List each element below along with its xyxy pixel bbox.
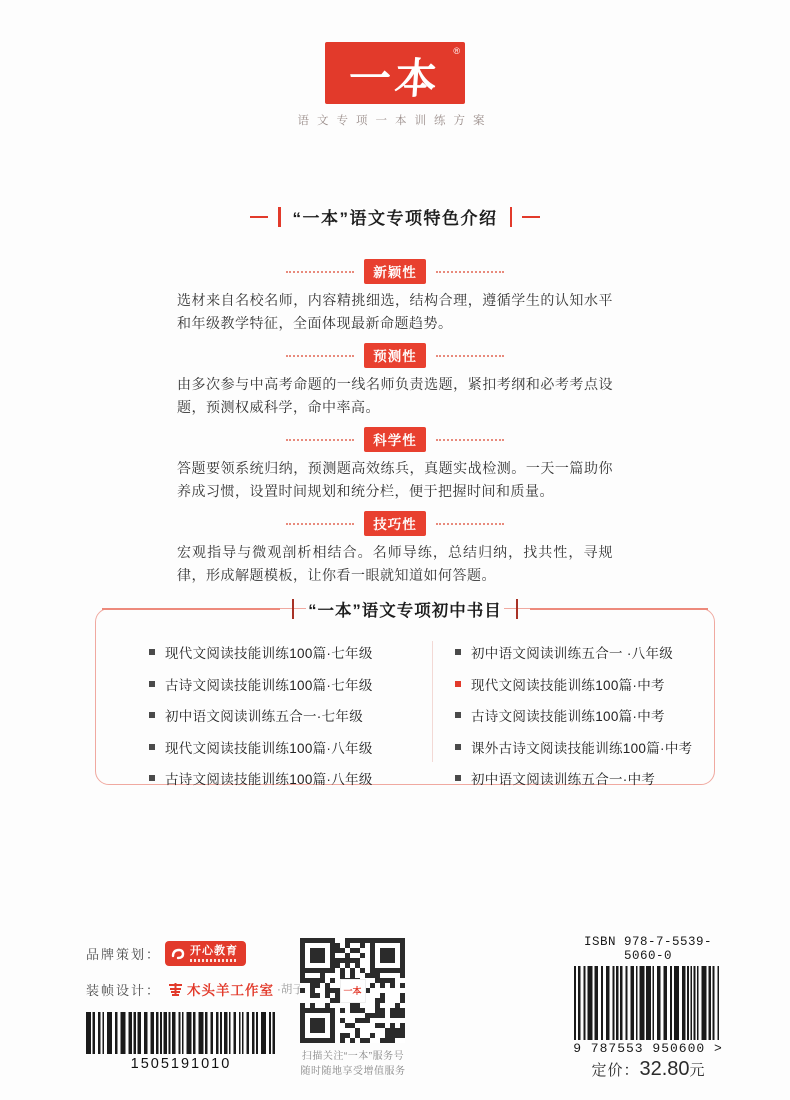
- isbn-number: ISBN 978-7-5539-5060-0: [570, 935, 726, 963]
- feature-description: 答题要领系统归纳，预测题高效练兵，真题实战检测。一天一篇助你养成习惯，设置时间规…: [177, 457, 613, 503]
- dotted-line-right: [436, 271, 504, 273]
- ean-barcode-number: 9 787553 950600 >: [570, 1041, 726, 1056]
- booklist-item: 古诗文阅读技能训练100篇·中考: [455, 705, 714, 725]
- price-label: 定价：: [591, 1062, 639, 1079]
- booklist-item: 初中语文阅读训练五合一·七年级: [149, 705, 405, 725]
- booklist-item-label: 初中语文阅读训练五合一 ·八年级: [471, 642, 673, 662]
- booklist-item: 课外古诗文阅读技能训练100篇·中考: [455, 737, 714, 757]
- feature-badge: 技巧性: [364, 511, 426, 536]
- cover-design-row: 装帧设计： 木头羊工作室 ·胡子: [86, 979, 304, 999]
- square-bullet-icon: [149, 775, 155, 781]
- feature-list: 新颖性选材来自名校名师，内容精挑细选，结构合理，遵循学生的认知水平和年级教学特征…: [0, 259, 790, 587]
- feature-description: 由多次参与中高考命题的一线名师负责选题，紧扣考纲和必考考点设题，预测权威科学，命…: [177, 373, 613, 419]
- features-section-title: “一本”语文专项特色介绍: [293, 204, 498, 229]
- isbn-block: ISBN 978-7-5539-5060-0 9 787553 950600 >: [570, 935, 726, 1056]
- booklist-item-label: 初中语文阅读训练五合一·中考: [471, 768, 655, 788]
- product-barcode-number: 1505191010: [86, 1056, 276, 1072]
- booklist-item: 古诗文阅读技能训练100篇·七年级: [149, 674, 405, 694]
- qr-caption-line1: 扫描关注“一本”服务号: [273, 1049, 433, 1064]
- title-bar-right: [510, 207, 513, 227]
- price-row: 定价：32.80元: [570, 1058, 726, 1081]
- booklist-item-label: 现代文阅读技能训练100篇·七年级: [165, 642, 373, 662]
- title-dash-right: [522, 216, 540, 218]
- ean-barcode-wrap: [570, 966, 726, 1040]
- feature-description: 选材来自名校名师，内容精挑细选，结构合理，遵循学生的认知水平和年级教学特征，全面…: [177, 289, 613, 335]
- qr-center-logo-text: 一本: [343, 984, 361, 997]
- ean-barcode: [574, 966, 722, 1040]
- booklist-item: 现代文阅读技能训练100篇·七年级: [149, 642, 405, 662]
- brand-tagline: 语文专项一本训练方案: [0, 112, 790, 128]
- book-back-cover: 一本 ® 语文专项一本训练方案 “一本”语文专项特色介绍 新颖性选材来自名校名师…: [0, 0, 790, 1100]
- booklist-bar-left: [292, 599, 295, 619]
- feature-badge: 新颖性: [364, 259, 426, 284]
- qr-caption-line2: 随时随地享受增值服务: [273, 1064, 433, 1079]
- booklist-item: 初中语文阅读训练五合一 ·八年级: [455, 642, 714, 662]
- booklist-line-left: [102, 608, 280, 610]
- feature-block: 科学性答题要领系统归纳，预测题高效练兵，真题实战检测。一天一篇助你养成习惯，设置…: [0, 427, 790, 503]
- kaixin-sub-text: [190, 959, 238, 962]
- design-studio-name: 木头羊工作室: [187, 979, 274, 999]
- sheep-logo-icon: [167, 982, 184, 997]
- square-bullet-icon: [455, 744, 461, 750]
- qr-caption: 扫描关注“一本”服务号 随时随地享受增值服务: [273, 1049, 433, 1079]
- cover-design-label: 装帧设计：: [86, 980, 161, 999]
- dotted-line-left: [286, 355, 354, 357]
- booklist-box: “一本”语文专项初中书目 现代文阅读技能训练100篇·七年级古诗文阅读技能训练1…: [95, 608, 715, 785]
- price-unit: 元: [690, 1062, 705, 1079]
- dotted-line-right: [436, 355, 504, 357]
- title-dash-left: [250, 216, 268, 218]
- feature-block: 技巧性宏观指导与微观剖析相结合。名师导练，总结归纳，找共性，寻规律，形成解题模板…: [0, 511, 790, 587]
- title-bar-left: [278, 207, 281, 227]
- booklist-bar-right: [516, 599, 519, 619]
- brand-planning-row: 品牌策划： 开心教育: [86, 941, 246, 966]
- product-barcode: [86, 1012, 276, 1054]
- booklist-item-label: 现代文阅读技能训练100篇·中考: [471, 674, 665, 694]
- square-bullet-icon: [149, 744, 155, 750]
- features-title-row: “一本”语文专项特色介绍: [0, 204, 790, 229]
- dotted-line-left: [286, 439, 354, 441]
- booklist-item-label: 初中语文阅读训练五合一·七年级: [165, 705, 363, 725]
- qr-center-logo: 一本: [340, 979, 366, 1003]
- booklist-item: 现代文阅读技能训练100篇·八年级: [149, 737, 405, 757]
- feature-block: 预测性由多次参与中高考命题的一线名师负责选题，紧扣考纲和必考考点设题，预测权威科…: [0, 343, 790, 419]
- kaixin-swirl-icon: [171, 947, 185, 961]
- square-bullet-icon: [149, 712, 155, 718]
- brand-logo-block: 一本 ®: [0, 42, 790, 109]
- brand-planning-label: 品牌策划：: [86, 944, 161, 963]
- feature-badge-row: 技巧性: [0, 511, 790, 536]
- booklist-item-label: 课外古诗文阅读技能训练100篇·中考: [471, 737, 692, 757]
- booklist-item-label: 古诗文阅读技能训练100篇·中考: [471, 705, 665, 725]
- qr-code: 一本: [300, 938, 405, 1043]
- square-bullet-icon: [455, 775, 461, 781]
- booklist-section-title: “一本”语文专项初中书目: [306, 597, 504, 621]
- kaixin-education-logo: 开心教育: [165, 941, 246, 966]
- booklist-right-column: 初中语文阅读训练五合一 ·八年级现代文阅读技能训练100篇·中考古诗文阅读技能训…: [405, 642, 714, 800]
- booklist-item-label: 古诗文阅读技能训练100篇·八年级: [165, 768, 373, 788]
- dotted-line-right: [436, 439, 504, 441]
- kaixin-education-label: 开心教育: [190, 945, 238, 957]
- booklist-columns: 现代文阅读技能训练100篇·七年级古诗文阅读技能训练100篇·七年级初中语文阅读…: [96, 609, 714, 800]
- square-bullet-icon: [149, 649, 155, 655]
- booklist-title-row: “一本”语文专项初中书目: [102, 597, 708, 621]
- booklist-left-column: 现代文阅读技能训练100篇·七年级古诗文阅读技能训练100篇·七年级初中语文阅读…: [96, 642, 405, 800]
- booklist-item-label: 现代文阅读技能训练100篇·八年级: [165, 737, 373, 757]
- feature-badge-row: 新颖性: [0, 259, 790, 284]
- feature-badge: 科学性: [364, 427, 426, 452]
- feature-badge-row: 预测性: [0, 343, 790, 368]
- square-bullet-icon: [455, 712, 461, 718]
- square-bullet-icon: [455, 649, 461, 655]
- feature-description: 宏观指导与微观剖析相结合。名师导练，总结归纳，找共性，寻规律，形成解题模板，让你…: [177, 541, 613, 587]
- feature-badge: 预测性: [364, 343, 426, 368]
- booklist-item-label: 古诗文阅读技能训练100篇·七年级: [165, 674, 373, 694]
- booklist-item: 古诗文阅读技能训练100篇·八年级: [149, 768, 405, 788]
- dotted-line-left: [286, 271, 354, 273]
- square-bullet-icon: [455, 681, 461, 687]
- booklist-item: 初中语文阅读训练五合一·中考: [455, 768, 714, 788]
- qr-code-block: 一本 扫描关注“一本”服务号 随时随地享受增值服务: [300, 938, 405, 1079]
- registered-trademark-icon: ®: [453, 46, 460, 56]
- price-value: 32.80: [639, 1058, 689, 1080]
- features-section: “一本”语文专项特色介绍 新颖性选材来自名校名师，内容精挑细选，结构合理，遵循学…: [0, 204, 790, 587]
- booklist-item: 现代文阅读技能训练100篇·中考: [455, 674, 714, 694]
- yiben-logo-text: 一本: [323, 46, 467, 106]
- square-bullet-icon: [149, 681, 155, 687]
- dotted-line-left: [286, 523, 354, 525]
- feature-badge-row: 科学性: [0, 427, 790, 452]
- dotted-line-right: [436, 523, 504, 525]
- column-divider: [432, 641, 433, 762]
- booklist-line-right: [530, 608, 708, 610]
- yiben-logo: 一本 ®: [325, 42, 465, 104]
- product-barcode-block: 1505191010: [86, 1012, 276, 1072]
- feature-block: 新颖性选材来自名校名师，内容精挑细选，结构合理，遵循学生的认知水平和年级教学特征…: [0, 259, 790, 335]
